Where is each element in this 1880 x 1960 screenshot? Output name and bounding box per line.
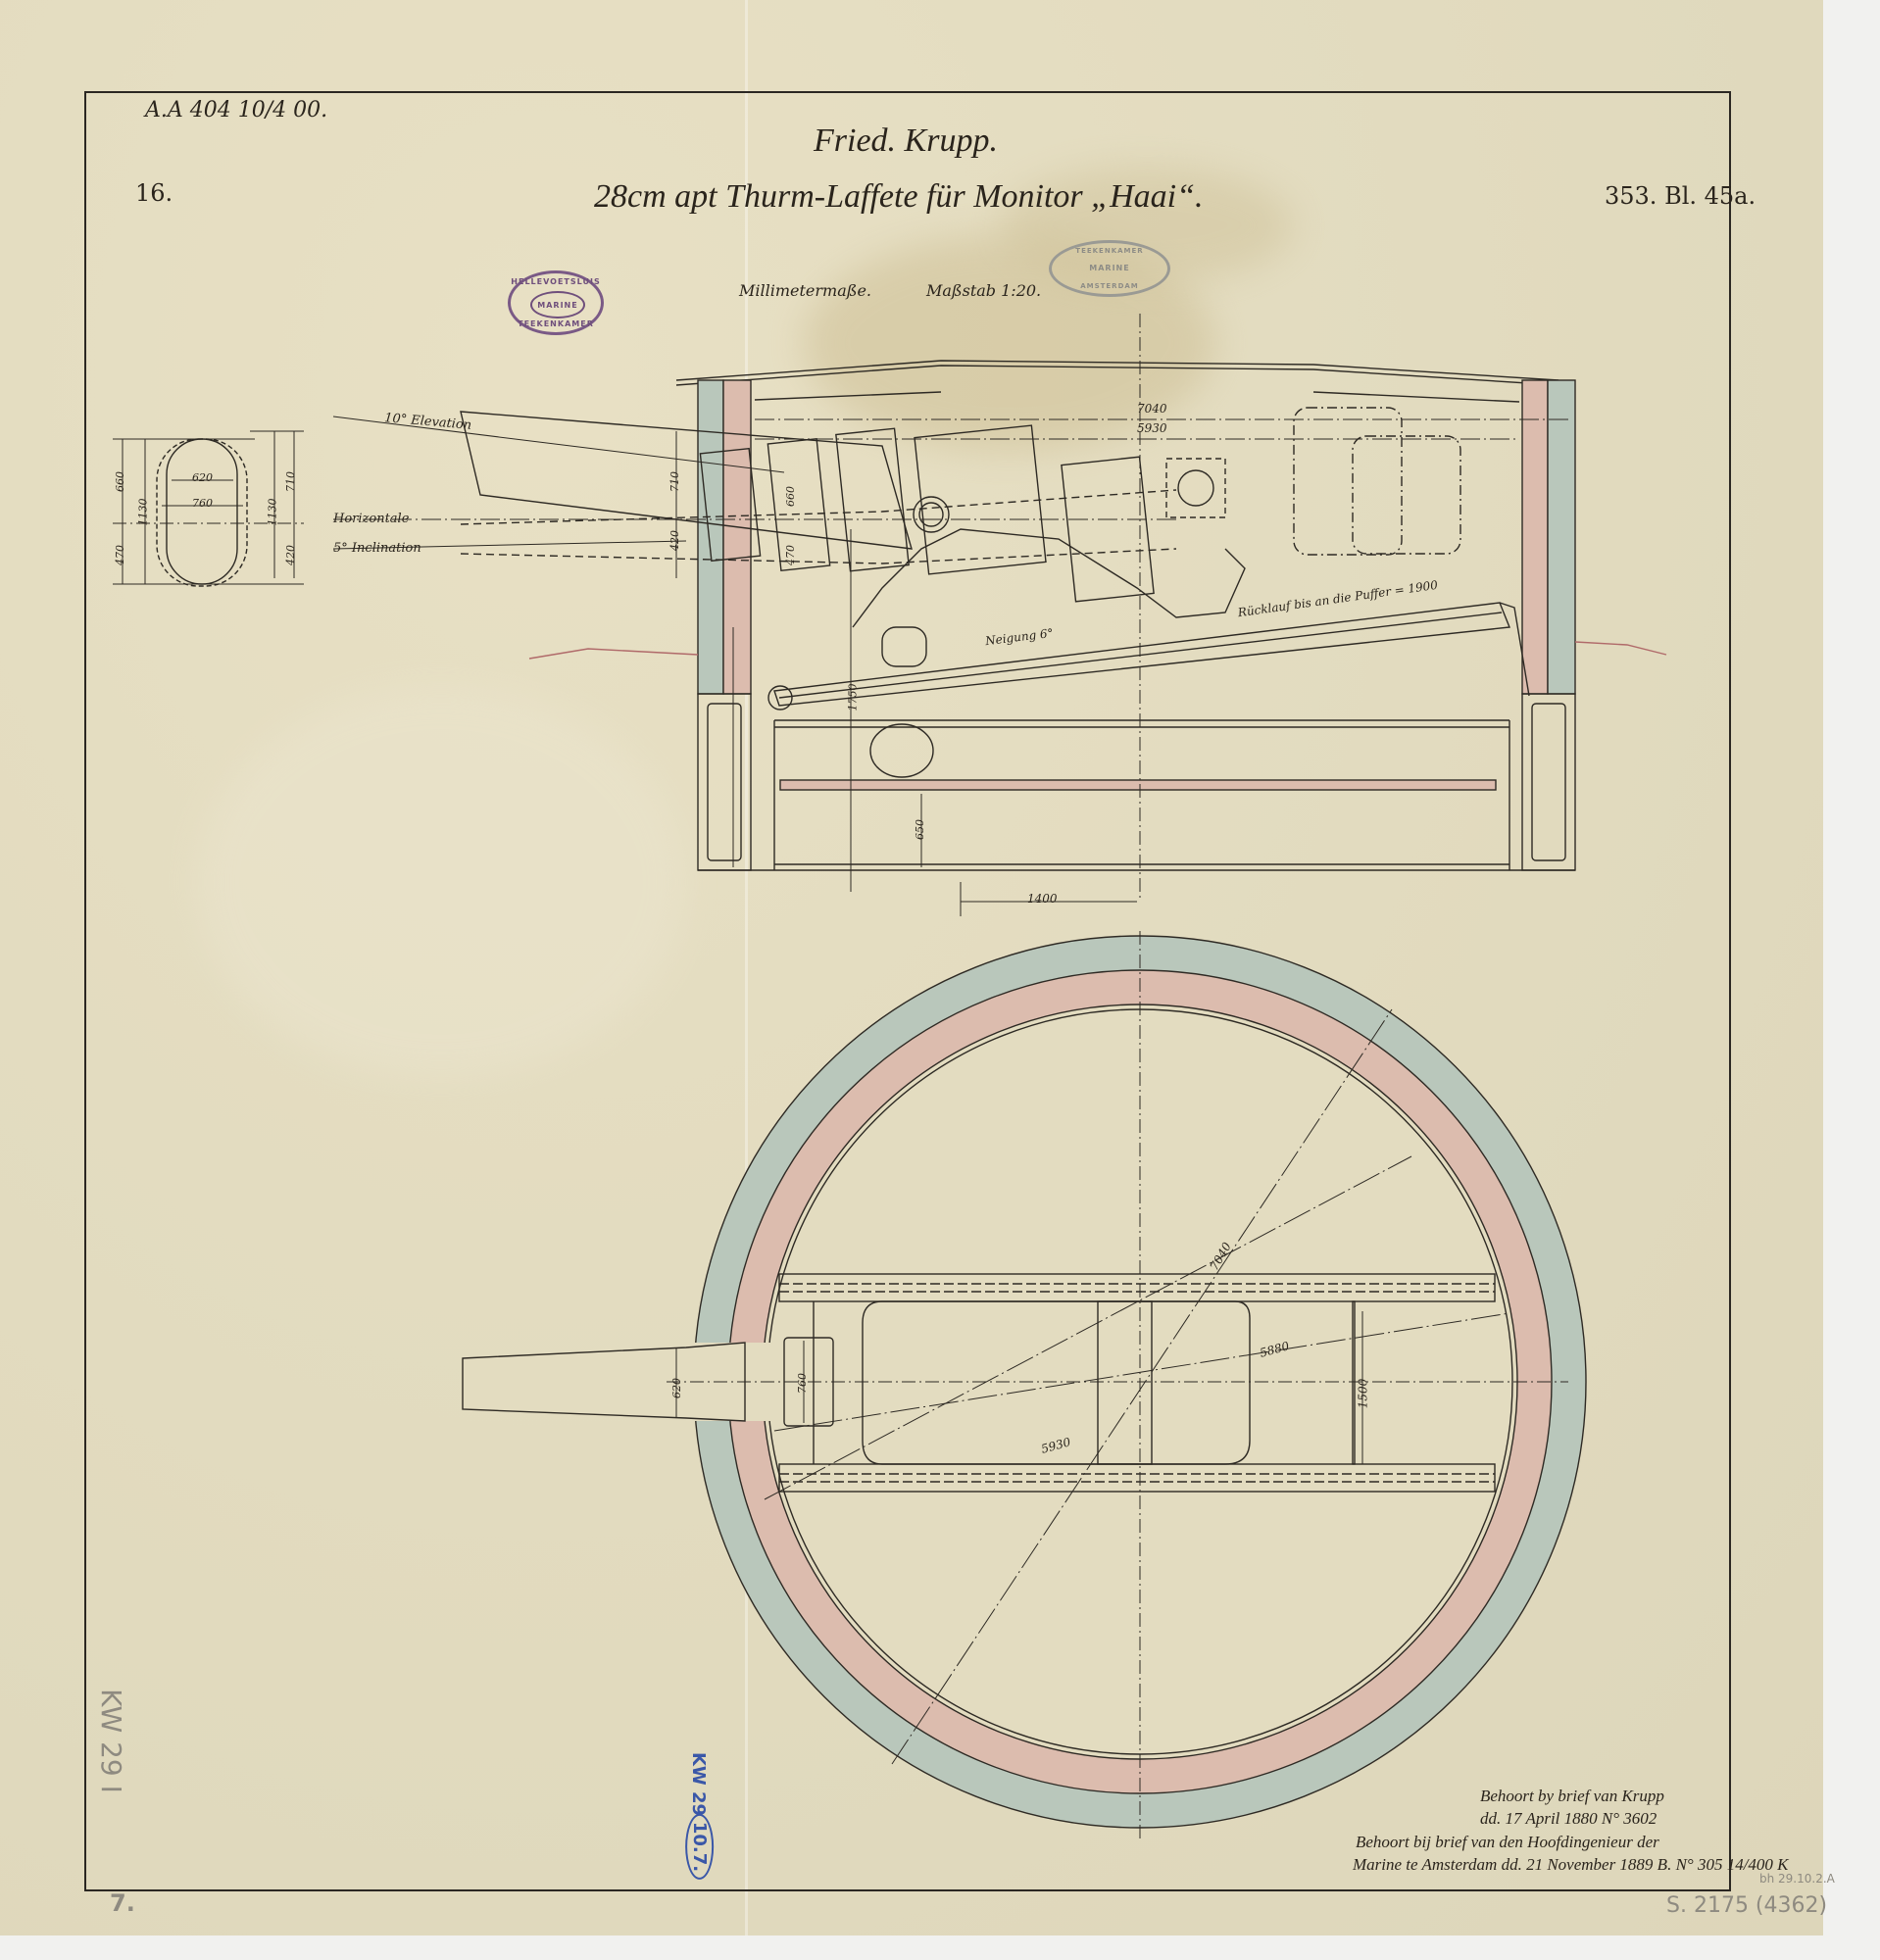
dim-1500: 1500 [1356, 1379, 1369, 1409]
blue-crayon-mark: KW 29 [688, 1752, 709, 1816]
rail-band [780, 780, 1496, 790]
dim-7040: 7040 [1137, 402, 1167, 416]
dim-760: 760 [192, 497, 213, 510]
catalogue-number: S. 2175 (4362) [1666, 1893, 1827, 1918]
krupp-letter-note-1: Behoort by brief van Krupp [1480, 1787, 1664, 1806]
krupp-letter-note-2: dd. 17 April 1880 N° 3602 [1480, 1809, 1657, 1829]
dim-620: 620 [192, 471, 213, 484]
dim-650: 650 [914, 819, 926, 840]
navy-letter-note-1: Behoort bij brief van den Hoofdingenieur… [1356, 1833, 1659, 1852]
side-pencil-mark: KW 29 I [95, 1689, 127, 1793]
catalogue-small: bh 29.10.2.A [1759, 1872, 1835, 1886]
inclination-label: 5° Inclination [333, 541, 421, 556]
dim-420-port: 420 [284, 545, 297, 565]
dim-760-plan: 760 [796, 1373, 809, 1394]
gun-slide [774, 603, 1509, 706]
corner-pencil-mark: 7. [110, 1889, 135, 1917]
dim-660-port: 660 [114, 471, 126, 492]
dim-710-port: 710 [284, 471, 297, 492]
dim-710: 710 [668, 471, 681, 492]
dim-1130-left: 1130 [137, 499, 150, 526]
dim-5930: 5930 [1137, 421, 1167, 435]
drawing-sheet: A.A 404 10/4 00. 16. Fried. Krupp. 28cm … [0, 0, 1823, 1935]
dim-1750: 1750 [847, 684, 860, 711]
turret-drawing [0, 0, 1823, 1935]
dim-1400: 1400 [1027, 892, 1058, 906]
horizontal-label: Horizontale [333, 512, 409, 526]
dim-470: 470 [784, 545, 797, 565]
gun-barrel-elevated [461, 412, 912, 549]
dim-420: 420 [668, 530, 681, 551]
blue-circled-mark: 10.7. [685, 1814, 714, 1880]
dim-620-plan: 620 [670, 1378, 683, 1398]
gun-port-outline [167, 439, 237, 584]
dim-660: 660 [784, 486, 797, 507]
dim-470-port: 470 [114, 545, 126, 565]
navy-letter-note-2: Marine te Amsterdam dd. 21 November 1889… [1353, 1855, 1789, 1875]
dim-1130-right: 1130 [267, 499, 279, 526]
